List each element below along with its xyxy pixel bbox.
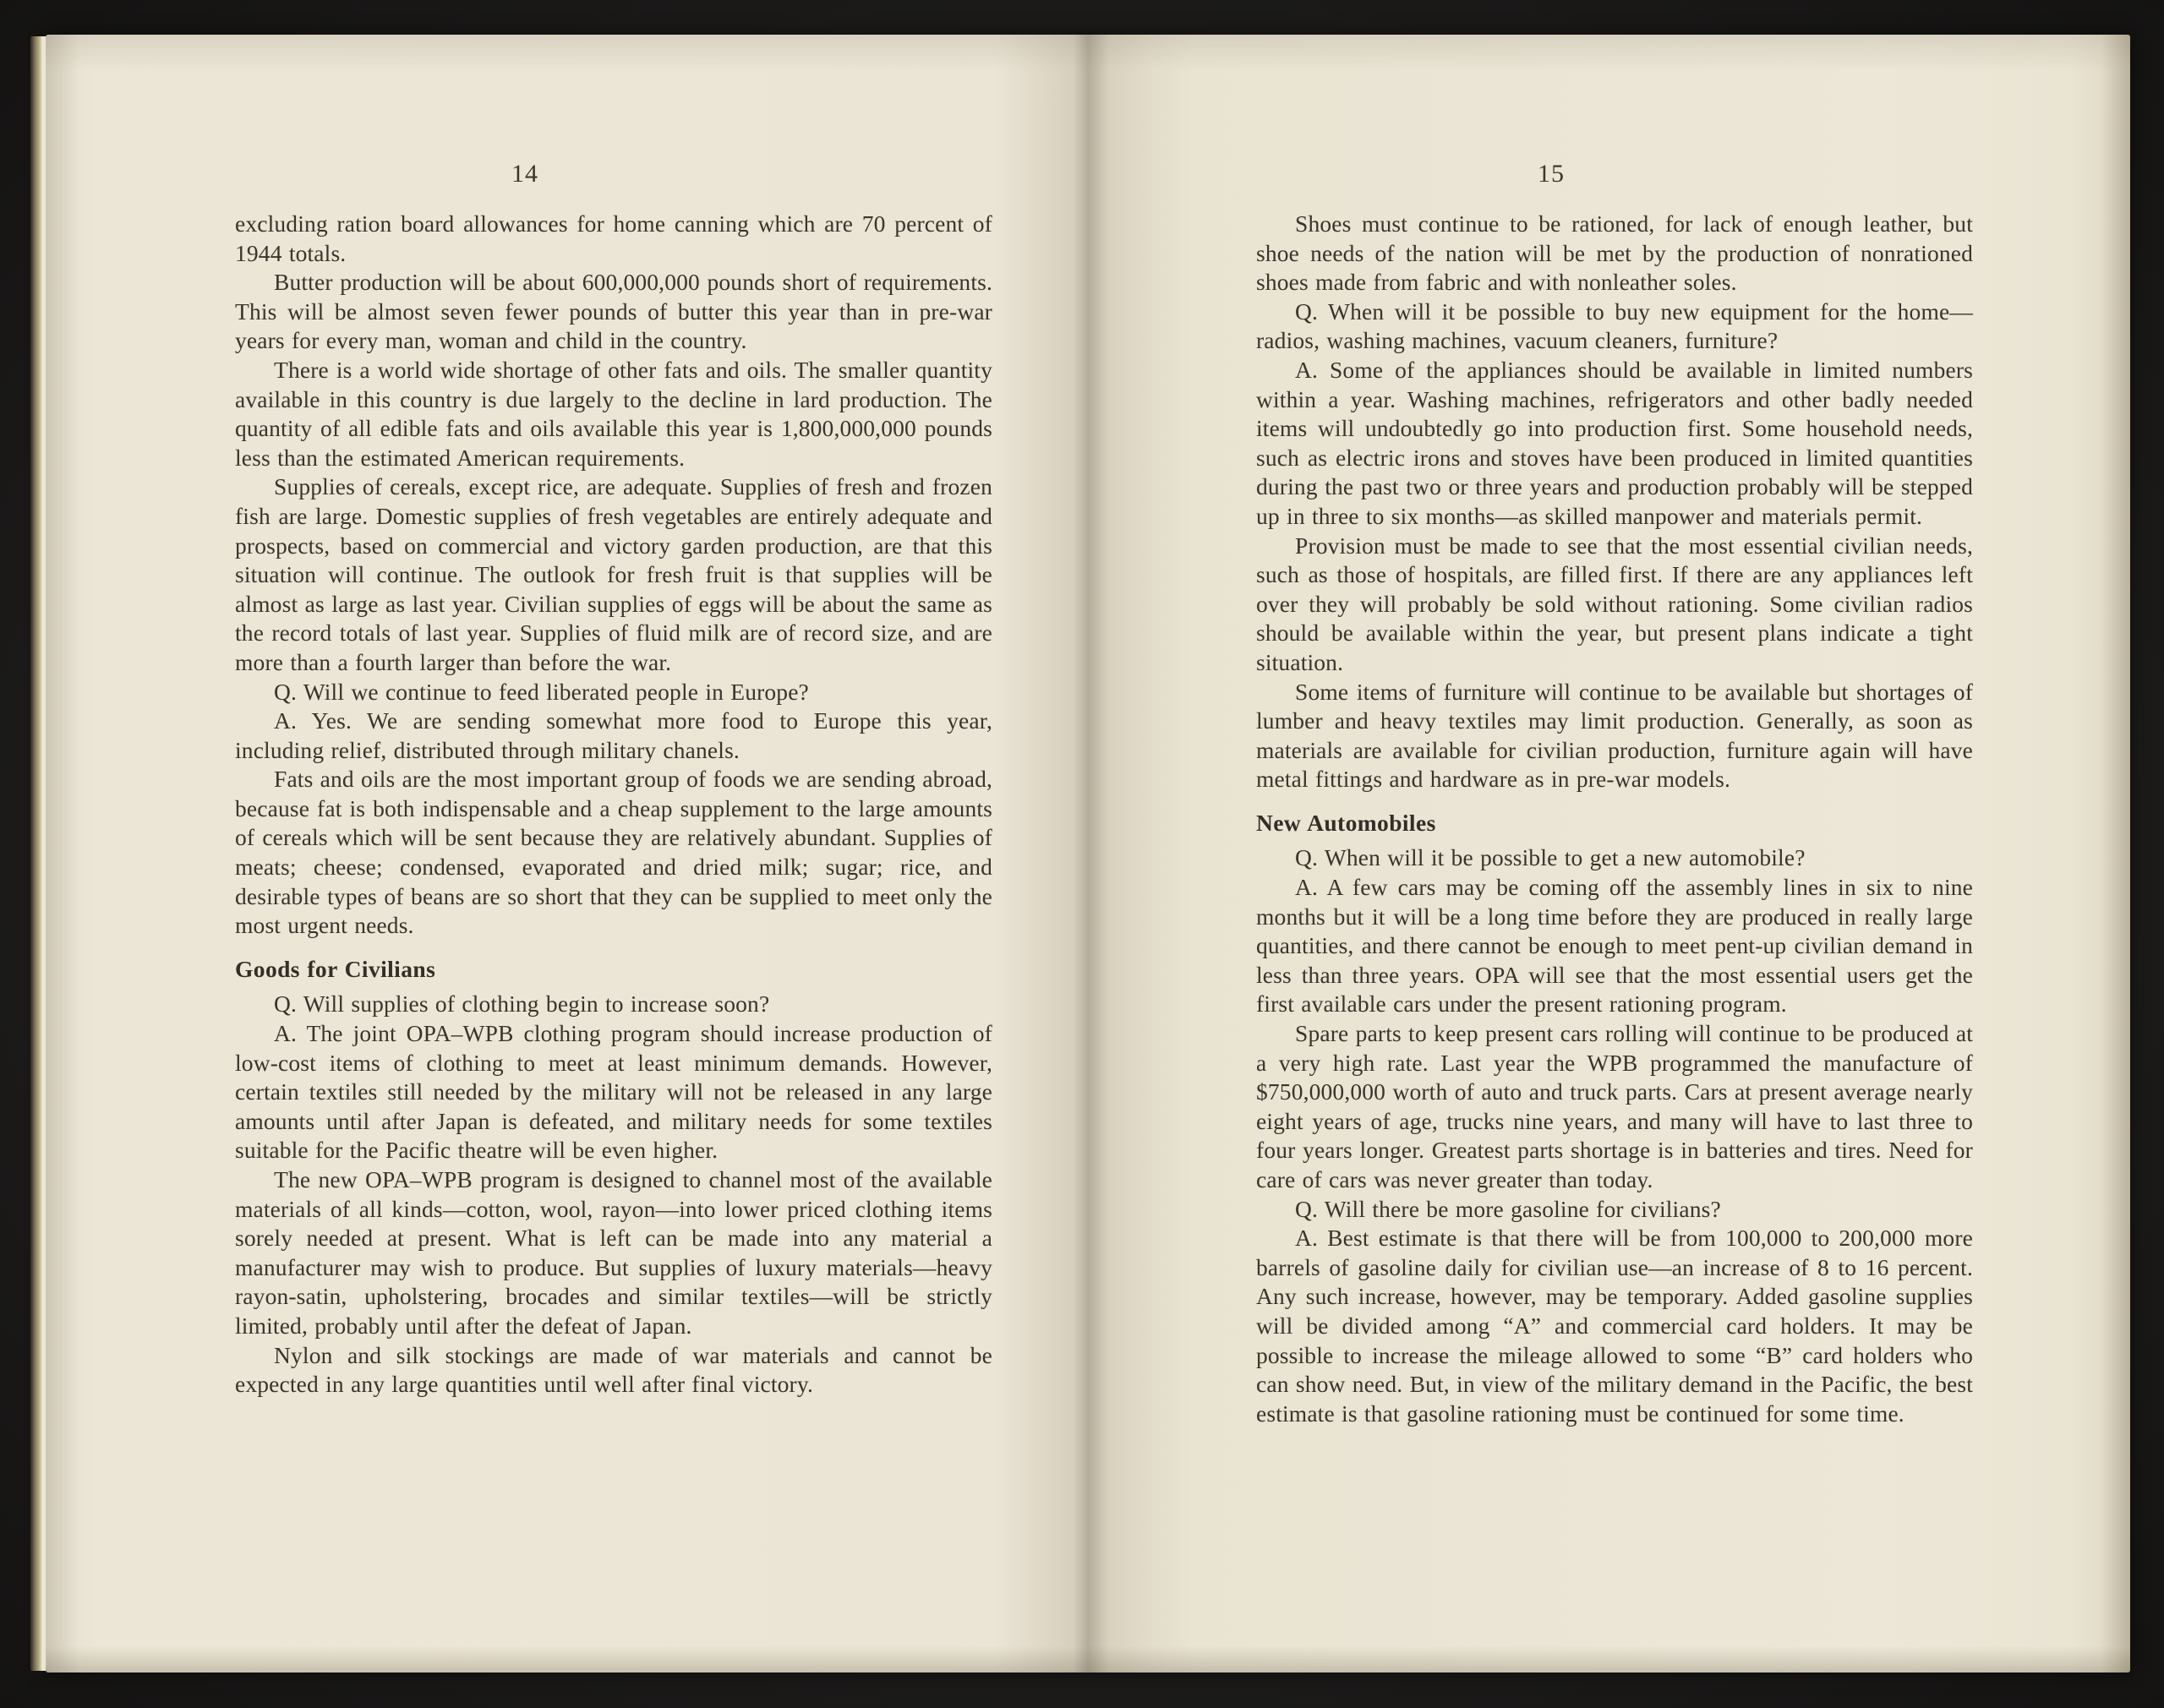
paragraph: Fats and oils are the most important gro…	[235, 765, 992, 941]
page-content: Shoes must continue to be rationed, for …	[1256, 210, 1973, 1428]
page-number: 15	[1538, 160, 1565, 188]
paragraph: Q. When will it be possible to buy new e…	[1256, 297, 1973, 356]
paragraph: A. The joint OPA–WPB clothing program sh…	[235, 1019, 992, 1165]
paragraph: Provision must be made to see that the m…	[1256, 532, 1973, 678]
paragraph: The new OPA–WPB program is designed to c…	[235, 1165, 992, 1341]
paragraph: A. Best estimate is that there will be f…	[1256, 1224, 1973, 1428]
section-heading: New Automobiles	[1256, 809, 1973, 838]
paragraph: excluding ration board allowances for ho…	[235, 210, 992, 268]
paragraph: Shoes must continue to be rationed, for …	[1256, 210, 1973, 297]
paragraph: Q. When will it be possible to get a new…	[1256, 843, 1973, 873]
paragraph: Q. Will there be more gasoline for civil…	[1256, 1195, 1973, 1225]
paragraph: Butter production will be about 600,000,…	[235, 268, 992, 356]
paragraph: A. Some of the appliances should be avai…	[1256, 356, 1973, 532]
paragraph: Q. Will supplies of clothing begin to in…	[235, 990, 992, 1019]
paragraph: A. A few cars may be coming off the asse…	[1256, 873, 1973, 1019]
paragraph: Nylon and silk stockings are made of war…	[235, 1341, 992, 1400]
paragraph: Supplies of cereals, except rice, are ad…	[235, 472, 992, 677]
book-spread: 14 15 excluding ration board allowances …	[46, 35, 2130, 1673]
paragraph: There is a world wide shortage of other …	[235, 356, 992, 472]
scan-background: 14 15 excluding ration board allowances …	[0, 0, 2164, 1708]
section-heading: Goods for Civilians	[235, 955, 992, 985]
paragraph: Some items of furniture will continue to…	[1256, 678, 1973, 794]
paragraph: Spare parts to keep present cars rolling…	[1256, 1019, 1973, 1195]
paragraph: Q. Will we continue to feed liberated pe…	[235, 678, 992, 707]
book-page-stack-edge	[30, 36, 46, 1671]
paragraph: A. Yes. We are sending somewhat more foo…	[235, 707, 992, 765]
page-content: excluding ration board allowances for ho…	[235, 210, 992, 1400]
page-number: 14	[511, 160, 538, 188]
